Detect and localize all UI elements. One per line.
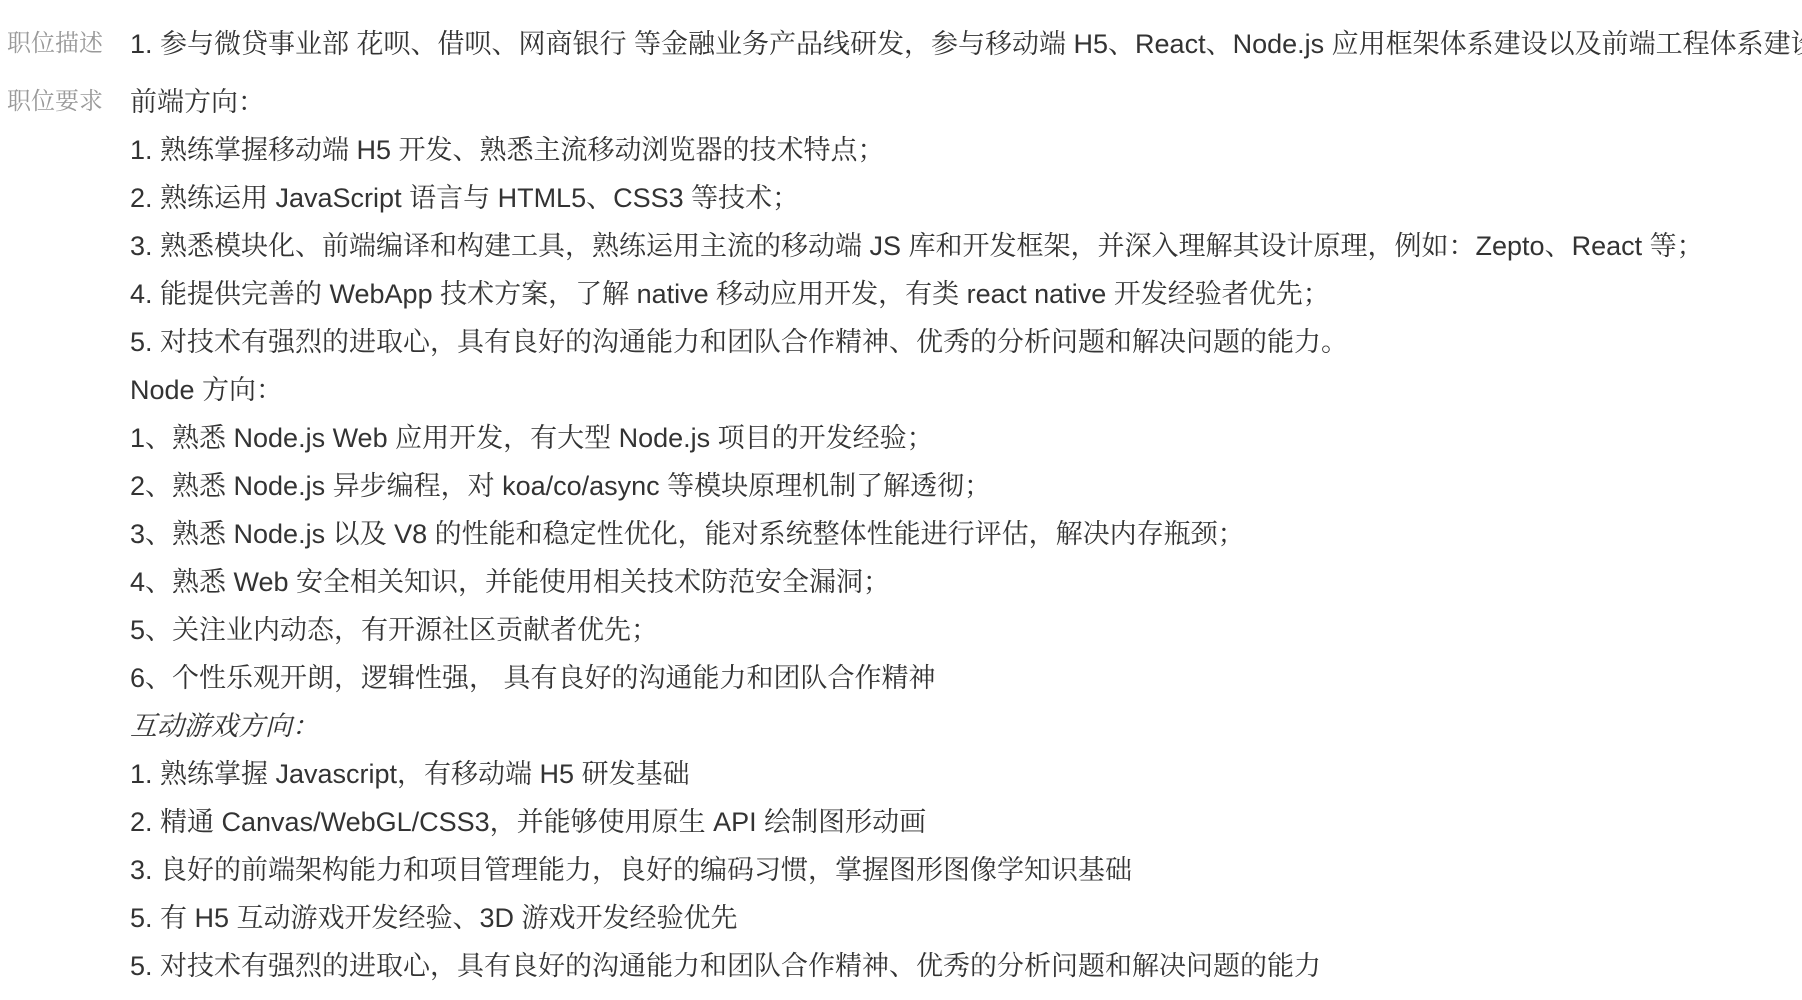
text-line: 2. 精通 Canvas/WebGL/CSS3，并能够使用原生 API 绘制图形… (130, 798, 1802, 846)
text-line: 6、个性乐观开朗，逻辑性强， 具有良好的沟通能力和团队合作精神 (130, 654, 1802, 702)
text-line: 2. 熟练运用 JavaScript 语言与 HTML5、CSS3 等技术； (130, 174, 1802, 222)
text-line: 3. 良好的前端架构能力和项目管理能力，良好的编码习惯，掌握图形图像学知识基础 (130, 846, 1802, 894)
text-line: 5. 对技术有强烈的进取心，具有良好的沟通能力和团队合作精神、优秀的分析问题和解… (130, 942, 1802, 990)
section-row-job-requirements: 职位要求前端方向：1. 熟练掌握移动端 H5 开发、熟悉主流移动浏览器的技术特点… (7, 78, 1802, 990)
text-line: 5、关注业内动态，有开源社区贡献者优先； (130, 606, 1802, 654)
text-line: 2、熟悉 Node.js 异步编程，对 koa/co/async 等模块原理机制… (130, 462, 1802, 510)
text-line: 1、熟悉 Node.js Web 应用开发，有大型 Node.js 项目的开发经… (130, 414, 1802, 462)
section-content-job-description: 1. 参与微贷事业部 花呗、借呗、网商银行 等金融业务产品线研发，参与移动端 H… (130, 20, 1802, 68)
job-description-document: 职位描述1. 参与微贷事业部 花呗、借呗、网商银行 等金融业务产品线研发，参与移… (0, 0, 1802, 990)
text-line: 5. 有 H5 互动游戏开发经验、3D 游戏开发经验优先 (130, 894, 1802, 942)
text-line: 4. 能提供完善的 WebApp 技术方案，了解 native 移动应用开发，有… (130, 270, 1802, 318)
text-line: 5. 对技术有强烈的进取心，具有良好的沟通能力和团队合作精神、优秀的分析问题和解… (130, 318, 1802, 366)
section-label-job-description: 职位描述 (7, 20, 130, 68)
section-label-job-requirements: 职位要求 (7, 78, 130, 126)
text-line: 4、熟悉 Web 安全相关知识，并能使用相关技术防范安全漏洞； (130, 558, 1802, 606)
section-content-job-requirements: 前端方向：1. 熟练掌握移动端 H5 开发、熟悉主流移动浏览器的技术特点；2. … (130, 78, 1802, 990)
text-line: 1. 熟练掌握 Javascript，有移动端 H5 研发基础 (130, 750, 1802, 798)
text-line: 1. 熟练掌握移动端 H5 开发、熟悉主流移动浏览器的技术特点； (130, 126, 1802, 174)
text-line: Node 方向： (130, 366, 1802, 414)
text-line: 1. 参与微贷事业部 花呗、借呗、网商银行 等金融业务产品线研发，参与移动端 H… (130, 20, 1802, 68)
text-line: 前端方向： (130, 78, 1802, 126)
text-line: 3. 熟悉模块化、前端编译和构建工具，熟练运用主流的移动端 JS 库和开发框架，… (130, 222, 1802, 270)
text-line: 互动游戏方向： (130, 702, 1802, 750)
section-row-job-description: 职位描述1. 参与微贷事业部 花呗、借呗、网商银行 等金融业务产品线研发，参与移… (7, 20, 1802, 68)
text-line: 3、熟悉 Node.js 以及 V8 的性能和稳定性优化，能对系统整体性能进行评… (130, 510, 1802, 558)
